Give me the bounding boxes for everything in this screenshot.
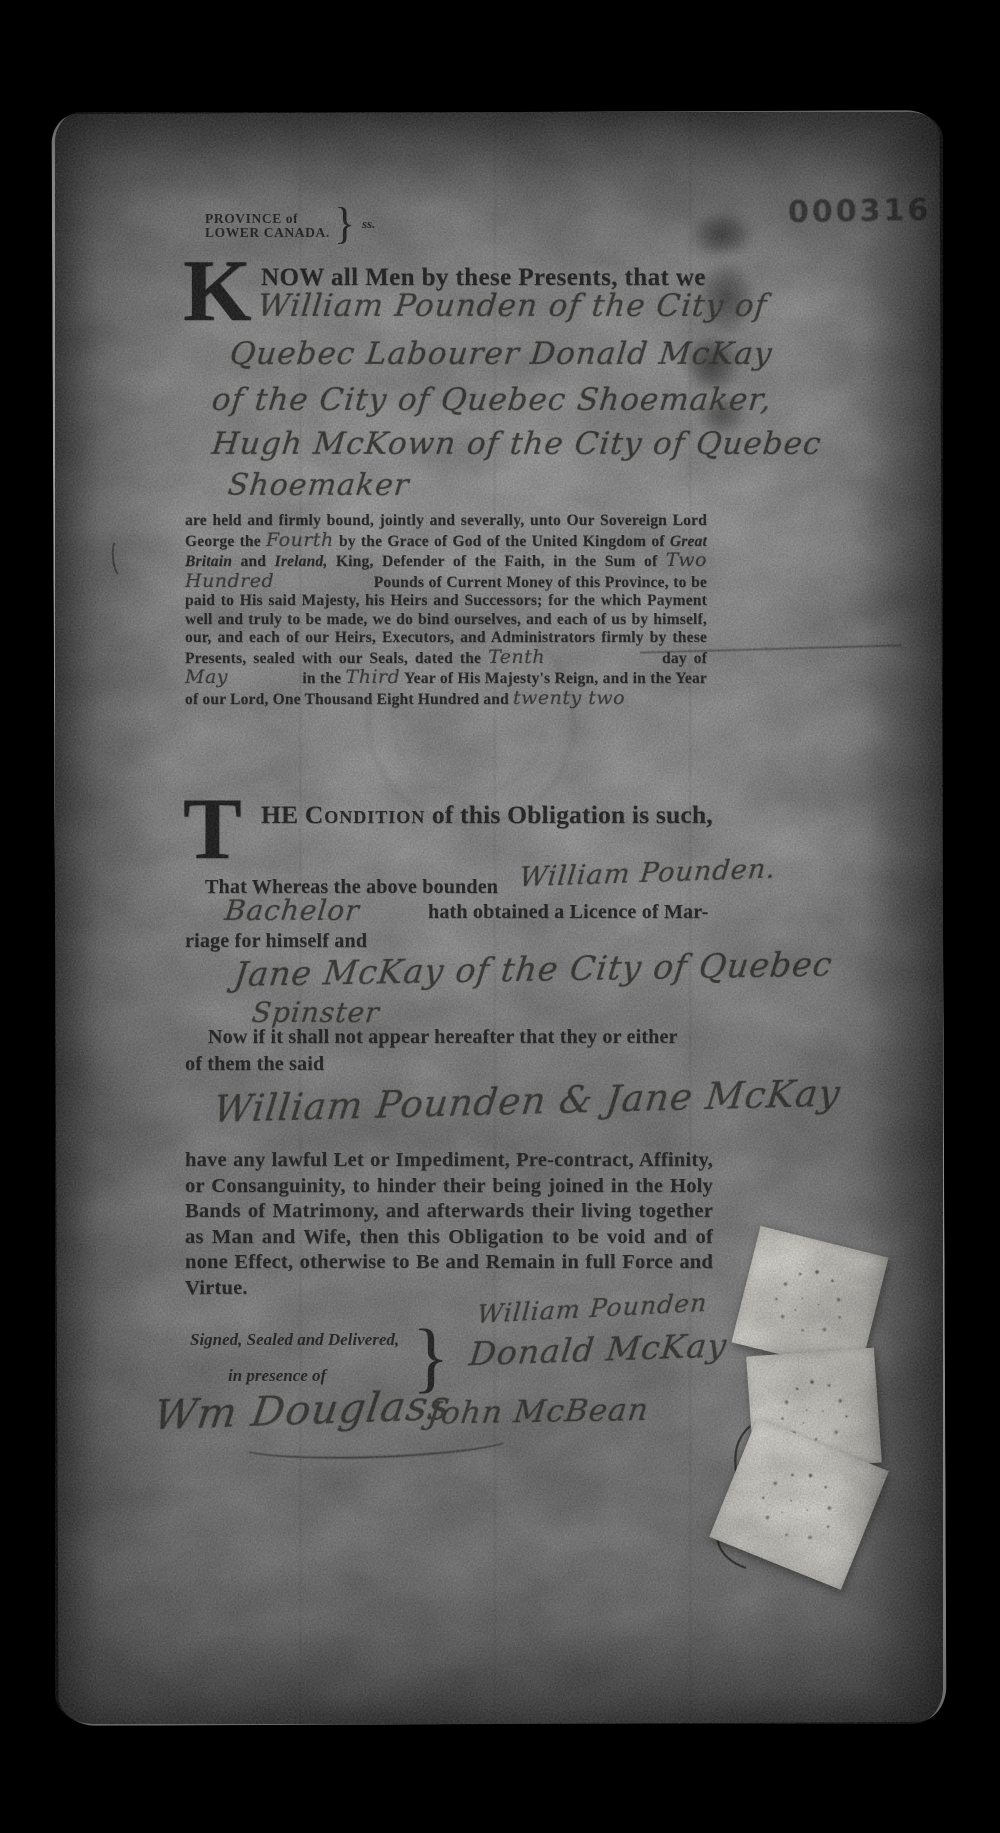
handwritten-party-line: Quebec Labourer Donald McKay xyxy=(228,336,774,372)
ink-blot xyxy=(688,210,754,258)
blank-space xyxy=(228,681,298,683)
licence-line1: hath obtained a Licence of Mar- xyxy=(428,901,708,924)
handwritten-bride-status: Spinster xyxy=(250,996,381,1029)
bond-print: in the xyxy=(298,670,346,687)
bond-handwritten-regnal: Fourth xyxy=(266,529,334,551)
signature-witness2: John McBean xyxy=(426,1392,652,1432)
proviso-line2: of them the said xyxy=(185,1053,324,1076)
jurat-abbrev: ss. xyxy=(362,216,375,232)
condition-lead: HE xyxy=(261,800,305,829)
bond-print: and xyxy=(232,553,275,570)
bond-print-italic: Ireland, xyxy=(275,553,328,570)
condition-heading: HE Condition of this Obligation is such, xyxy=(261,800,713,830)
handwritten-party-line: Hugh McKown of the City of Quebec xyxy=(210,426,823,462)
proviso-line1: Now if it shall not appear hereafter tha… xyxy=(208,1026,678,1049)
bond-handwritten-regnal-year: Third xyxy=(346,666,401,688)
scanned-marriage-bond-page: PROVINCE of LOWER CANADA. } ss. 000316 K… xyxy=(0,0,1000,1833)
province-line1: PROVINCE of xyxy=(205,212,330,226)
header-brace: } xyxy=(334,202,355,246)
stamp-number: 000316 xyxy=(788,193,932,230)
handwritten-party-line: Shoemaker xyxy=(226,468,411,503)
bond-handwritten-year: twenty two xyxy=(513,687,625,709)
bond-print: by the Grace of God of the United Kingdo… xyxy=(334,533,670,550)
blank-space xyxy=(545,661,655,663)
condition-smallcaps: Condition xyxy=(305,800,425,829)
drop-cap-t: T xyxy=(183,786,242,874)
bond-print: King, Defender of the Faith, in the Sum … xyxy=(327,553,665,570)
handwritten-party-line: William Pounden of the City of xyxy=(256,288,769,324)
handwritten-groom-status: Bachelor xyxy=(223,894,361,927)
bond-handwritten-day: Tenth xyxy=(488,646,545,668)
attestation-line2: in presence of xyxy=(228,1366,326,1386)
province-line2: LOWER CANADA. xyxy=(205,226,330,240)
handwritten-party-line: of the City of Quebec Shoemaker, xyxy=(210,382,773,418)
licence-line2: riage for himself and xyxy=(185,930,367,953)
bond-handwritten-month: May xyxy=(185,666,228,688)
attestation-line1: Signed, Sealed and Delivered, xyxy=(190,1330,399,1350)
condition-rest: of this Obligation is such, xyxy=(425,800,713,829)
bond-paragraph: are held and firmly bound, jointly and s… xyxy=(185,512,707,709)
province-header: PROVINCE of LOWER CANADA. xyxy=(205,212,330,240)
closing-paragraph: have any lawful Let or Impediment, Pre-c… xyxy=(185,1148,713,1301)
blank-space xyxy=(274,585,369,587)
bond-print: Year of His Majesty's Reign, and in the … xyxy=(185,670,707,708)
drop-cap-k: K xyxy=(183,248,251,336)
